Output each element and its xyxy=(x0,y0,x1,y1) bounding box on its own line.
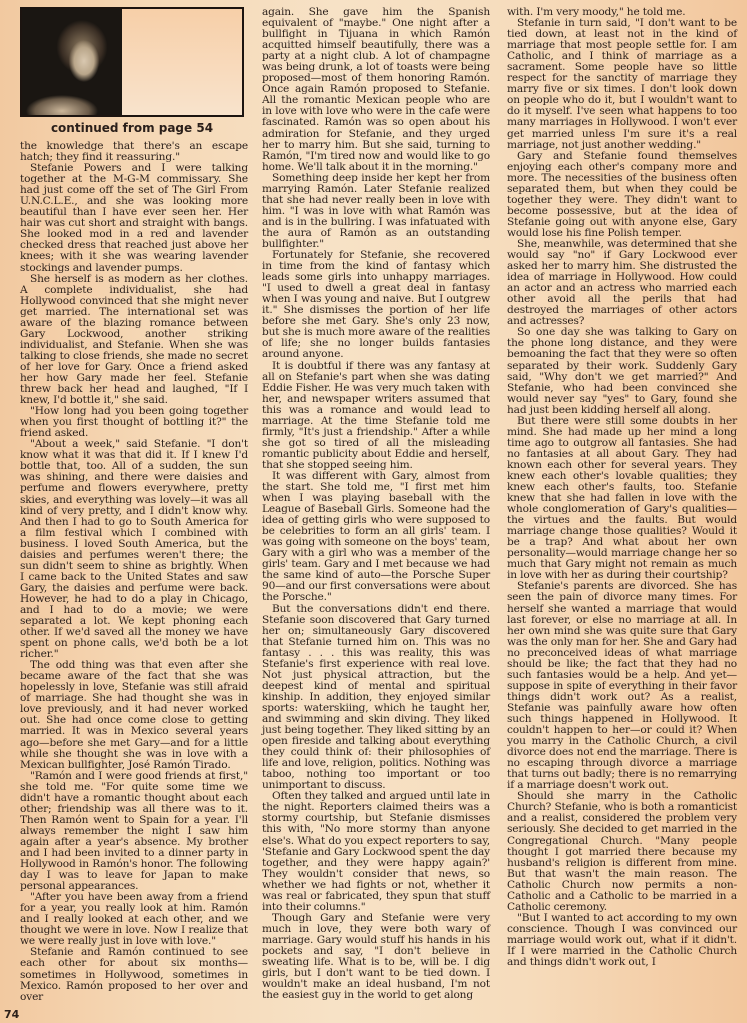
paragraph: Stefanie Powers and I were talking toget… xyxy=(20,163,248,273)
paragraph: It was different with Gary, almost from … xyxy=(262,471,490,604)
paragraph: "How long had you been going together wh… xyxy=(20,406,248,439)
paragraph: Often they talked and argued until late … xyxy=(262,791,490,913)
portrait-photo xyxy=(22,9,122,115)
paragraph: She, meanwhile, was determined that she … xyxy=(507,239,737,327)
photo-frame xyxy=(20,7,244,117)
paragraph: "Ramón and I were good friends at first,… xyxy=(20,771,248,893)
article-column-1: the knowledge that there's an escape hat… xyxy=(20,141,248,1003)
photo-blank-area xyxy=(122,9,242,115)
paragraph: "After you have been away from a friend … xyxy=(20,892,248,947)
page-number: 74 xyxy=(4,1008,19,1021)
paragraph: Fortunately for Stefanie, she recovered … xyxy=(262,250,490,360)
paragraph: again. She gave him the Spanish equivale… xyxy=(262,7,490,173)
paragraph: So one day she was talking to Gary on th… xyxy=(507,327,737,415)
paragraph: Stefanie in turn said, "I don't want to … xyxy=(507,18,737,151)
paragraph: "About a week," said Stefanie. "I don't … xyxy=(20,439,248,660)
paragraph: It is doubtful if there was any fantasy … xyxy=(262,361,490,471)
paragraph: "But I wanted to act according to my own… xyxy=(507,913,737,968)
continued-from-label: continued from page 54 xyxy=(20,121,244,135)
paragraph: She herself is as modern as her clothes.… xyxy=(20,274,248,407)
article-column-2: again. She gave him the Spanish equivale… xyxy=(262,7,490,1001)
paragraph: Though Gary and Stefanie were very much … xyxy=(262,913,490,1001)
paragraph: The odd thing was that even after she be… xyxy=(20,660,248,770)
paragraph: But the conversations didn't end there. … xyxy=(262,604,490,792)
paragraph: Stefanie and Ramón continued to see each… xyxy=(20,947,248,1002)
paragraph: the knowledge that there's an escape hat… xyxy=(20,141,248,163)
paragraph: Should she marry in the Catholic Church?… xyxy=(507,791,737,913)
paragraph: Stefanie's parents are divorced. She has… xyxy=(507,581,737,791)
article-column-3: with. I'm very moody," he told me. Stefa… xyxy=(507,7,737,968)
paragraph: Gary and Stefanie found themselves enjoy… xyxy=(507,151,737,239)
paragraph: But there were still some doubts in her … xyxy=(507,416,737,582)
paragraph: Something deep inside her kept her from … xyxy=(262,173,490,250)
